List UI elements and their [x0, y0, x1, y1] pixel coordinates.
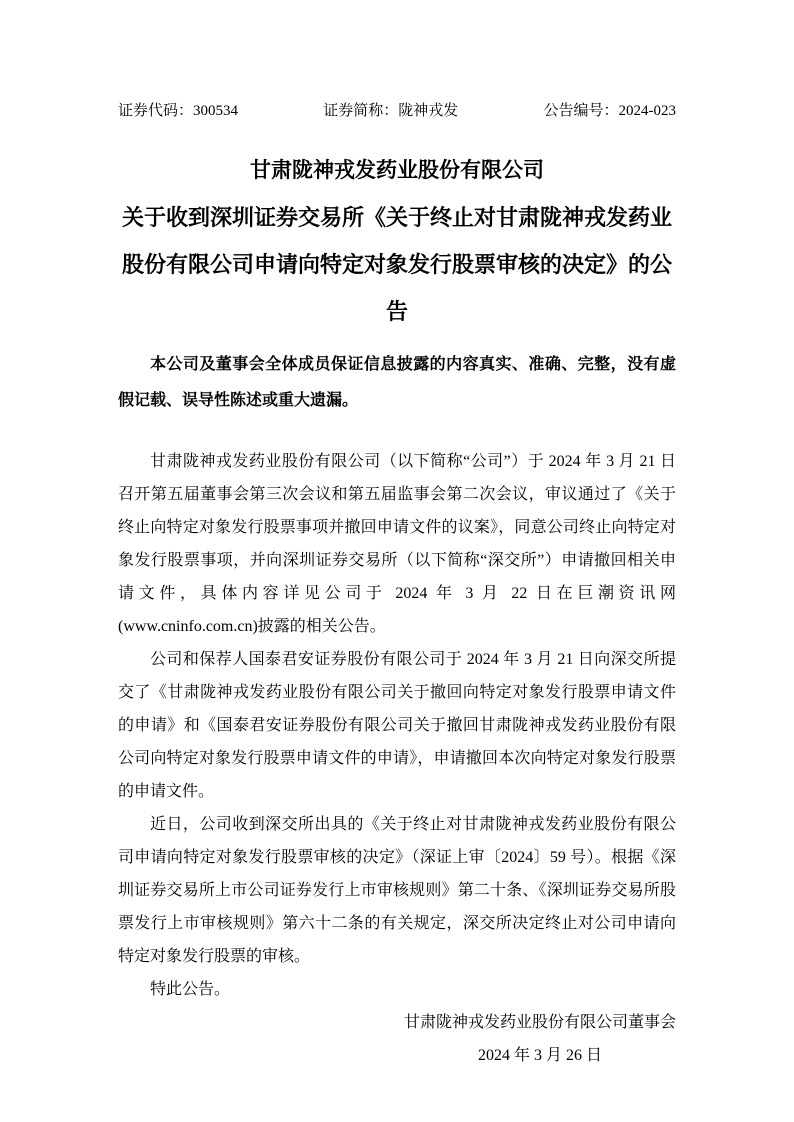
announcement-page: 证券代码：300534 证券简称：陇神戎发 公告编号：2024-023 甘肃陇神…	[0, 0, 794, 1122]
signature-company: 甘肃陇神戎发药业股份有限公司董事会	[404, 1006, 676, 1039]
document-header: 证券代码：300534 证券简称：陇神戎发 公告编号：2024-023	[118, 100, 676, 123]
body-paragraph-closing: 特此公告。	[118, 973, 676, 1006]
announcement-number: 公告编号：2024-023	[544, 100, 677, 123]
declaration-statement: 本公司及董事会全体成员保证信息披露的内容真实、准确、完整，没有虚假记载、误导性陈…	[118, 347, 676, 419]
title-block: 甘肃陇神戎发药业股份有限公司 关于收到深圳证券交易所《关于终止对甘肃陇神戎发药业…	[118, 147, 676, 335]
signature-block: 甘肃陇神戎发药业股份有限公司董事会 2024 年 3 月 26 日	[404, 1006, 676, 1072]
title-subtitle-line-2: 股份有限公司申请向特定对象发行股票审核的决定》的公告	[118, 241, 676, 335]
body-paragraph-2: 公司和保荐人国泰君安证券股份有限公司于 2024 年 3 月 21 日向深交所提…	[118, 643, 676, 808]
body-text: 甘肃陇神戎发药业股份有限公司（以下简称“公司”）于 2024 年 3 月 21 …	[118, 445, 676, 1006]
signature-date: 2024 年 3 月 26 日	[404, 1039, 676, 1072]
title-subtitle-line-1: 关于收到深圳证券交易所《关于终止对甘肃陇神戎发药业	[118, 194, 676, 241]
body-paragraph-1: 甘肃陇神戎发药业股份有限公司（以下简称“公司”）于 2024 年 3 月 21 …	[118, 445, 676, 643]
body-paragraph-3: 近日，公司收到深交所出具的《关于终止对甘肃陇神戎发药业股份有限公司申请向特定对象…	[118, 808, 676, 973]
stock-short-name: 证券简称：陇神戎发	[323, 100, 458, 123]
stock-code: 证券代码：300534	[118, 100, 238, 123]
title-company-name: 甘肃陇神戎发药业股份有限公司	[118, 147, 676, 194]
